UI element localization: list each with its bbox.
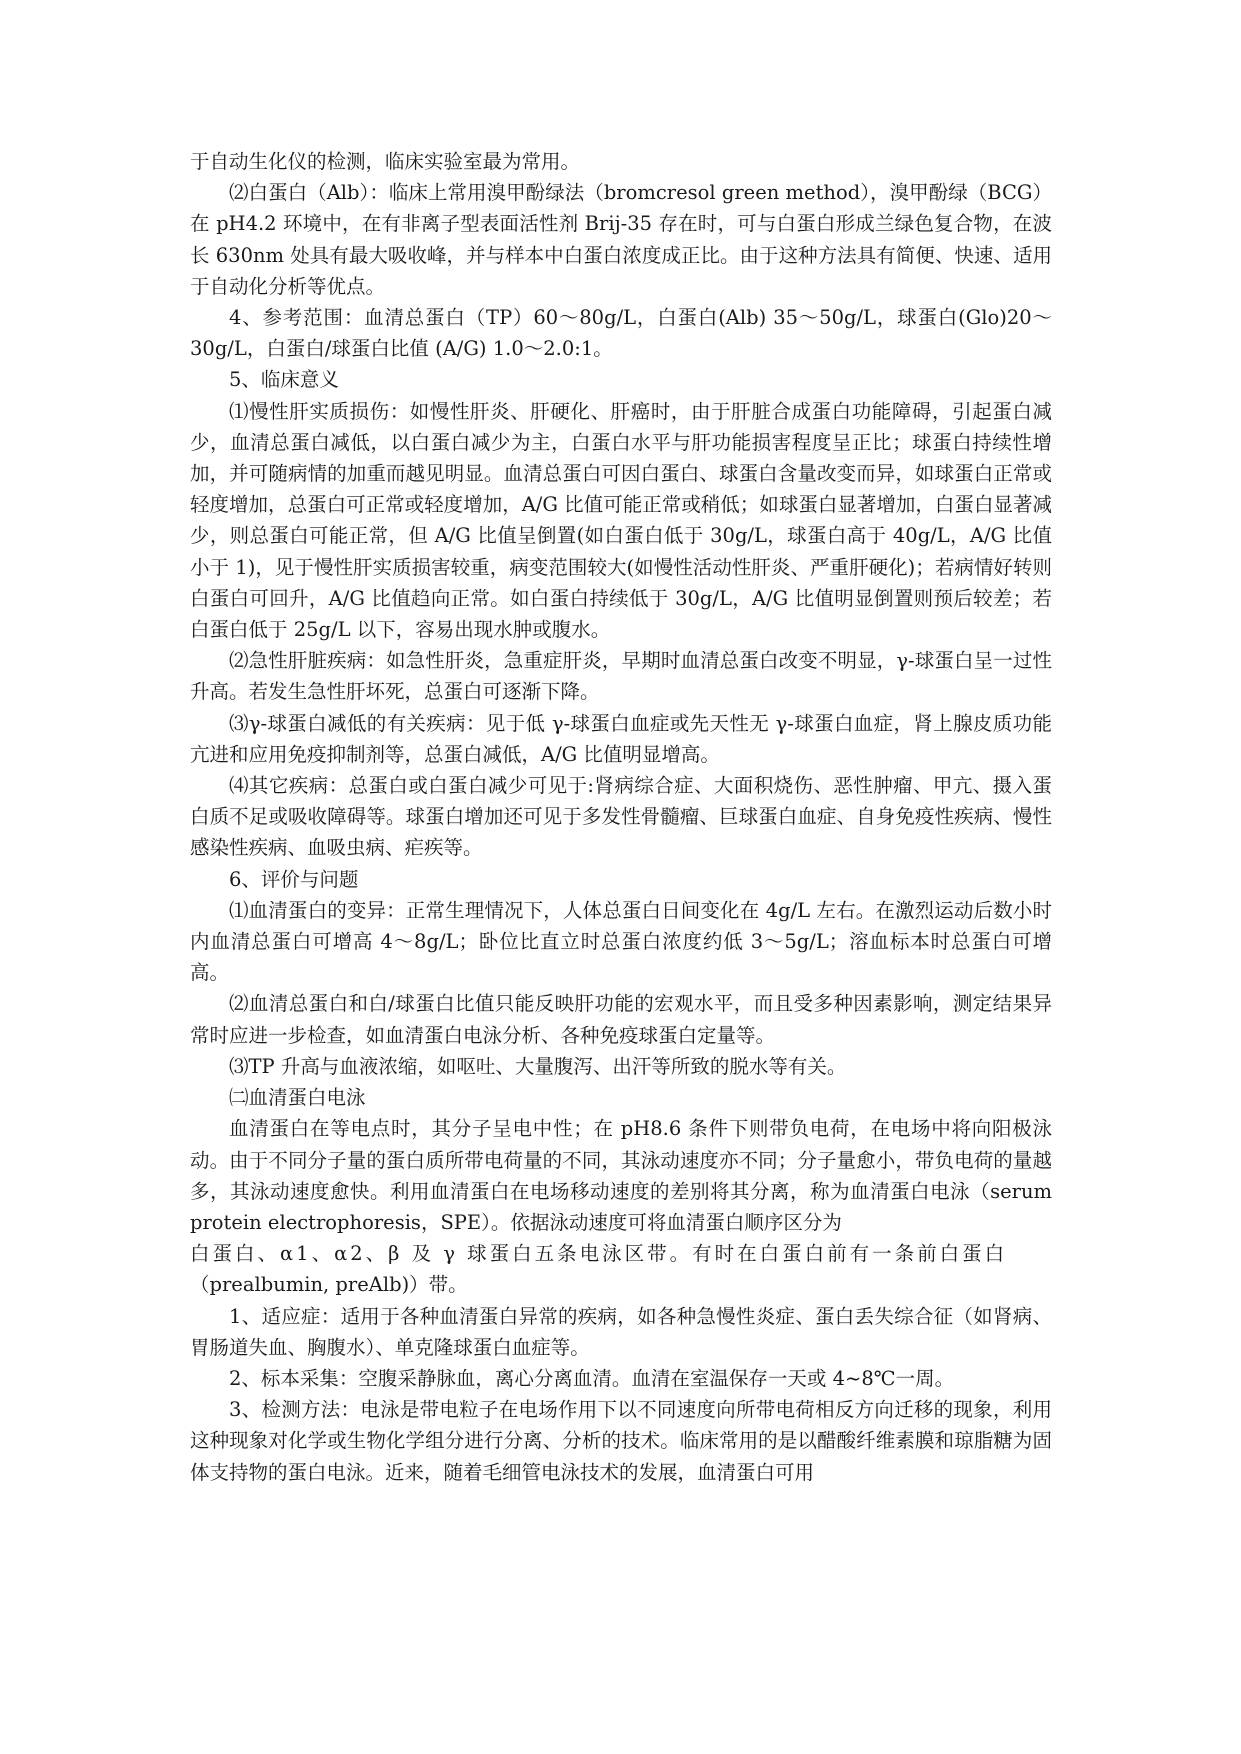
paragraph-albumin-method: ⑵白蛋白（Alb）：临床上常用溴甲酚绿法（bromcresol green me… [190,177,1052,302]
heading-clinical-significance: 5、临床意义 [190,364,1052,395]
paragraph-acute-liver: ⑵急性肝脏疾病：如急性肝炎，急重症肝炎，早期时血清总蛋白改变不明显，γ-球蛋白呈… [190,645,1052,707]
paragraph-ag-ratio: ⑵血清总蛋白和白/球蛋白比值只能反映肝功能的宏观水平，而且受多种因素影响，测定结… [190,988,1052,1050]
paragraph-electrophoresis-bands: 白蛋白、α1、α2、β 及 γ 球蛋白五条电泳区带。有时在白蛋白前有一条前白蛋白 [190,1238,1052,1269]
paragraph-chronic-liver: ⑴慢性肝实质损伤：如慢性肝炎、肝硬化、肝癌时，由于肝脏合成蛋白功能障碍，引起蛋白… [190,396,1052,646]
paragraph-gamma-globulin: ⑶γ-球蛋白减低的有关疾病：见于低 γ-球蛋白血症或先天性无 γ-球蛋白血症，肾… [190,708,1052,770]
paragraph-specimen: 2、标本采集：空腹采静脉血，离心分离血清。血清在室温保存一天或 4~8℃一周。 [190,1363,1052,1394]
paragraph-reference-range: 4、参考范围：血清总蛋白（TP）60～80g/L，白蛋白(Alb) 35～50g… [190,302,1052,364]
document-page: 于自动生化仪的检测，临床实验室最为常用。 ⑵白蛋白（Alb）：临床上常用溴甲酚绿… [190,146,1052,1488]
paragraph-continuation: 于自动生化仪的检测，临床实验室最为常用。 [190,146,1052,177]
heading-electrophoresis: ㈡血清蛋白电泳 [190,1082,1052,1113]
heading-evaluation: 6、评价与问题 [190,864,1052,895]
paragraph-method: 3、检测方法：电泳是带电粒子在电场作用下以不同速度向所带电荷相反方向迁移的现象，… [190,1394,1052,1488]
paragraph-indications: 1、适应症：适用于各种血清蛋白异常的疾病，如各种急慢性炎症、蛋白丢失综合征（如肾… [190,1301,1052,1363]
paragraph-electrophoresis-intro: 血清蛋白在等电点时，其分子呈电中性；在 pH8.6 条件下则带负电荷，在电场中将… [190,1113,1052,1238]
paragraph-tp-increase: ⑶TP 升高与血液浓缩，如呕吐、大量腹泻、出汗等所致的脱水等有关。 [190,1051,1052,1082]
paragraph-prealbumin: （prealbumin, preAlb)）带。 [190,1269,1052,1300]
paragraph-variation: ⑴血清蛋白的变异：正常生理情况下，人体总蛋白日间变化在 4g/L 左右。在激烈运… [190,895,1052,989]
paragraph-other-diseases: ⑷其它疾病：总蛋白或白蛋白减少可见于:肾病综合症、大面积烧伤、恶性肿瘤、甲亢、摄… [190,770,1052,864]
